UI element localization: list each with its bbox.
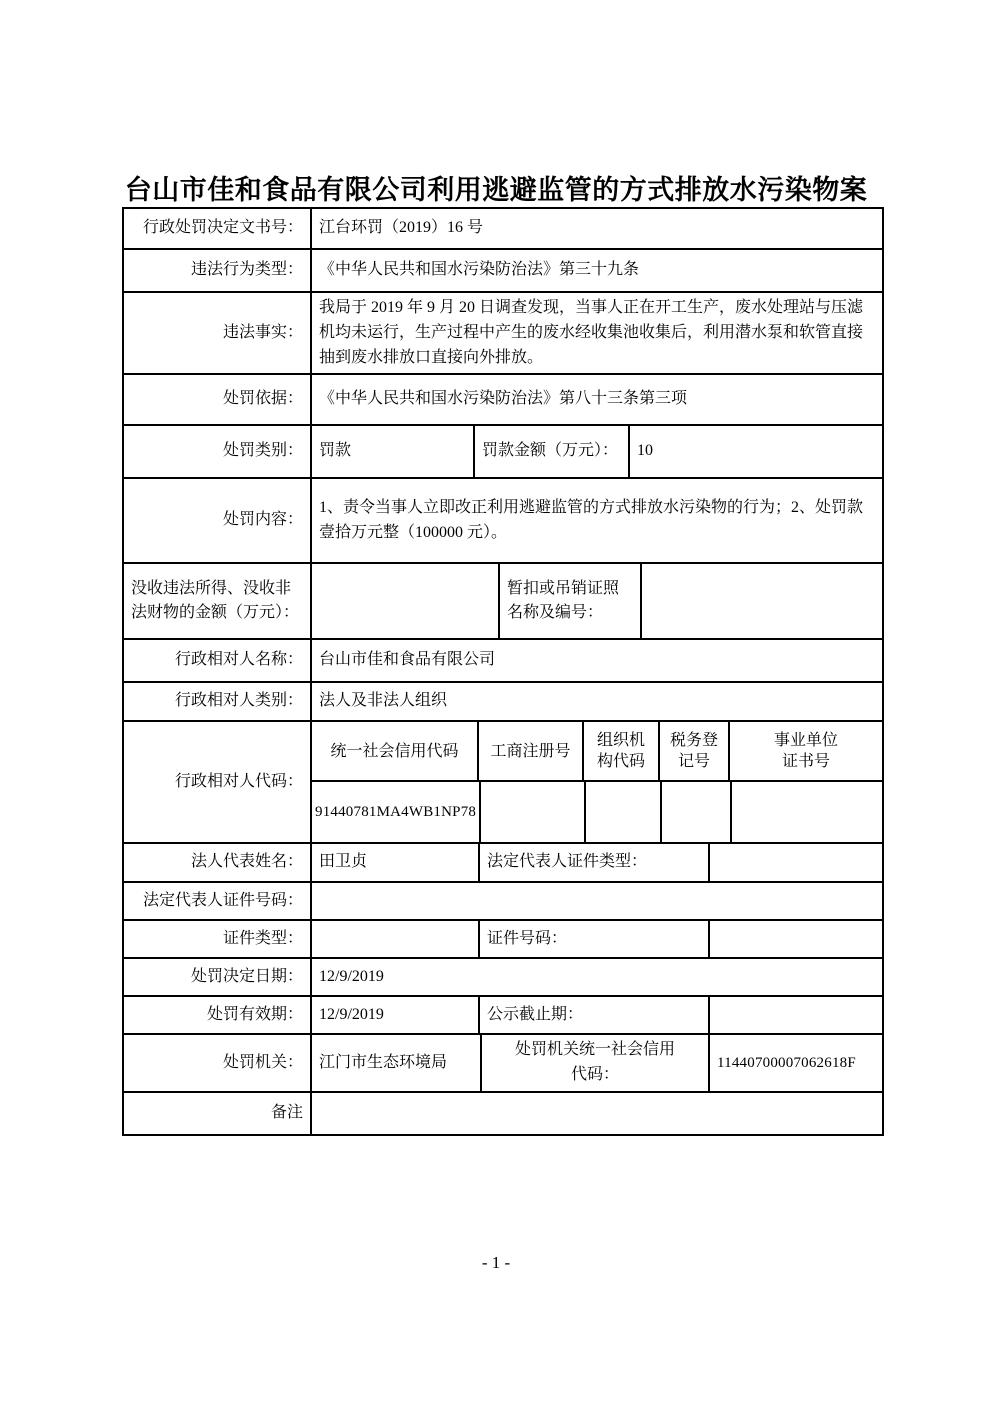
label-penalty-basis: 处罚依据： bbox=[124, 375, 312, 424]
row-decision-date: 处罚决定日期： 12/9/2019 bbox=[124, 959, 882, 997]
value-violation-fact: 我局于 2019 年 9 月 20 日调查发现，当事人正在开工生产，废水处理站与… bbox=[312, 293, 882, 373]
row-remark: 备注 bbox=[124, 1093, 882, 1134]
label-cert-type: 证件类型： bbox=[124, 921, 312, 957]
value-doc-number: 江台环罚（2019）16 号 bbox=[312, 209, 882, 248]
label-party-name: 行政相对人名称： bbox=[124, 640, 312, 681]
value-fine-amount: 10 bbox=[630, 426, 882, 477]
label-cert-no: 证件号码： bbox=[480, 921, 710, 957]
row-violation-type: 违法行为类型： 《中华人民共和国水污染防治法》第三十九条 bbox=[124, 250, 882, 293]
row-party-type: 行政相对人类别： 法人及非法人组织 bbox=[124, 683, 882, 722]
label-publicity-deadline: 公示截止期： bbox=[480, 997, 710, 1033]
label-legal-rep-name: 法人代表姓名： bbox=[124, 844, 312, 881]
row-penalty-category: 处罚类别： 罚款 罚款金额（万元）： 10 bbox=[124, 426, 882, 479]
row-doc-number: 行政处罚决定文书号： 江台环罚（2019）16 号 bbox=[124, 209, 882, 250]
header-credit-code: 统一社会信用代码 bbox=[312, 722, 479, 780]
party-code-value-row: 91440781MA4WB1NP78 bbox=[312, 782, 882, 842]
label-legal-rep-cert-no: 法定代表人证件号码： bbox=[124, 883, 312, 919]
value-penalty-basis: 《中华人民共和国水污染防治法》第八十三条第三项 bbox=[312, 375, 882, 424]
page-number: - 1 - bbox=[0, 1253, 992, 1273]
value-legal-rep-name: 田卫贞 bbox=[312, 844, 480, 881]
value-penalty-content: 1、责令当事人立即改正利用逃避监管的方式排放水污染物的行为；2、处罚款壹拾万元整… bbox=[312, 479, 882, 562]
value-authority: 江门市生态环境局 bbox=[312, 1035, 482, 1091]
label-penalty-content: 处罚内容： bbox=[124, 479, 312, 562]
label-validity-date: 处罚有效期： bbox=[124, 997, 312, 1033]
row-party-code: 行政相对人代码： 统一社会信用代码 工商注册号 组织机 构代码 税务登 记号 事… bbox=[124, 722, 882, 844]
label-party-type: 行政相对人类别： bbox=[124, 683, 312, 720]
header-org-code: 组织机 构代码 bbox=[584, 722, 660, 780]
label-violation-type: 违法行为类型： bbox=[124, 250, 312, 291]
label-confiscation: 没收违法所得、没收非 法财物的金额（万元）： bbox=[124, 564, 312, 638]
row-legal-rep-cert-no: 法定代表人证件号码： bbox=[124, 883, 882, 921]
row-confiscation: 没收违法所得、没收非 法财物的金额（万元）： 暂扣或吊销证照 名称及编号： bbox=[124, 564, 882, 640]
value-business-reg-no bbox=[481, 782, 586, 842]
label-license-revocation: 暂扣或吊销证照 名称及编号： bbox=[500, 564, 642, 638]
value-penalty-category: 罚款 bbox=[312, 426, 475, 477]
label-violation-fact: 违法事实： bbox=[124, 293, 312, 373]
row-validity-date: 处罚有效期： 12/9/2019 公示截止期： bbox=[124, 997, 882, 1035]
party-code-header-row: 统一社会信用代码 工商注册号 组织机 构代码 税务登 记号 事业单位 证书号 bbox=[312, 722, 882, 782]
value-license-revocation bbox=[642, 564, 882, 638]
label-penalty-category: 处罚类别： bbox=[124, 426, 312, 477]
label-remark: 备注 bbox=[124, 1093, 312, 1134]
header-business-reg-no: 工商注册号 bbox=[479, 722, 584, 780]
value-legal-rep-cert-type bbox=[710, 844, 882, 881]
label-decision-date: 处罚决定日期： bbox=[124, 959, 312, 995]
row-penalty-content: 处罚内容： 1、责令当事人立即改正利用逃避监管的方式排放水污染物的行为；2、处罚… bbox=[124, 479, 882, 564]
page-title: 台山市佳和食品有限公司利用逃避监管的方式排放水污染物案 bbox=[0, 168, 992, 207]
penalty-table: 行政处罚决定文书号： 江台环罚（2019）16 号 违法行为类型： 《中华人民共… bbox=[122, 207, 884, 1136]
row-cert-type: 证件类型： 证件号码： bbox=[124, 921, 882, 959]
value-org-code bbox=[586, 782, 662, 842]
header-institution-cert-no: 事业单位 证书号 bbox=[730, 722, 882, 780]
row-authority: 处罚机关： 江门市生态环境局 处罚机关统一社会信用 代码： 1144070000… bbox=[124, 1035, 882, 1093]
header-tax-reg-no: 税务登 记号 bbox=[660, 722, 730, 780]
label-doc-number: 行政处罚决定文书号： bbox=[124, 209, 312, 248]
row-penalty-basis: 处罚依据： 《中华人民共和国水污染防治法》第八十三条第三项 bbox=[124, 375, 882, 426]
label-party-code: 行政相对人代码： bbox=[124, 722, 312, 842]
label-authority-credit-code: 处罚机关统一社会信用 代码： bbox=[482, 1035, 710, 1091]
value-credit-code: 91440781MA4WB1NP78 bbox=[312, 782, 481, 842]
label-fine-amount: 罚款金额（万元）： bbox=[475, 426, 630, 477]
value-authority-credit-code: 11440700007062618F bbox=[710, 1035, 882, 1091]
value-decision-date: 12/9/2019 bbox=[312, 959, 882, 995]
row-party-name: 行政相对人名称： 台山市佳和食品有限公司 bbox=[124, 640, 882, 683]
label-legal-rep-cert-type: 法定代表人证件类型： bbox=[480, 844, 710, 881]
value-violation-type: 《中华人民共和国水污染防治法》第三十九条 bbox=[312, 250, 882, 291]
value-party-type: 法人及非法人组织 bbox=[312, 683, 882, 720]
value-validity-date: 12/9/2019 bbox=[312, 997, 480, 1033]
party-code-subtable: 统一社会信用代码 工商注册号 组织机 构代码 税务登 记号 事业单位 证书号 9… bbox=[312, 722, 882, 842]
value-remark bbox=[312, 1093, 882, 1134]
row-violation-fact: 违法事实： 我局于 2019 年 9 月 20 日调查发现，当事人正在开工生产，… bbox=[124, 293, 882, 375]
value-institution-cert-no bbox=[732, 782, 882, 842]
value-legal-rep-cert-no bbox=[312, 883, 882, 919]
value-publicity-deadline bbox=[710, 997, 882, 1033]
value-confiscation bbox=[312, 564, 500, 638]
row-legal-rep-name: 法人代表姓名： 田卫贞 法定代表人证件类型： bbox=[124, 844, 882, 883]
label-authority: 处罚机关： bbox=[124, 1035, 312, 1091]
value-cert-type bbox=[312, 921, 480, 957]
value-tax-reg-no bbox=[662, 782, 732, 842]
value-cert-no bbox=[710, 921, 882, 957]
value-party-name: 台山市佳和食品有限公司 bbox=[312, 640, 882, 681]
